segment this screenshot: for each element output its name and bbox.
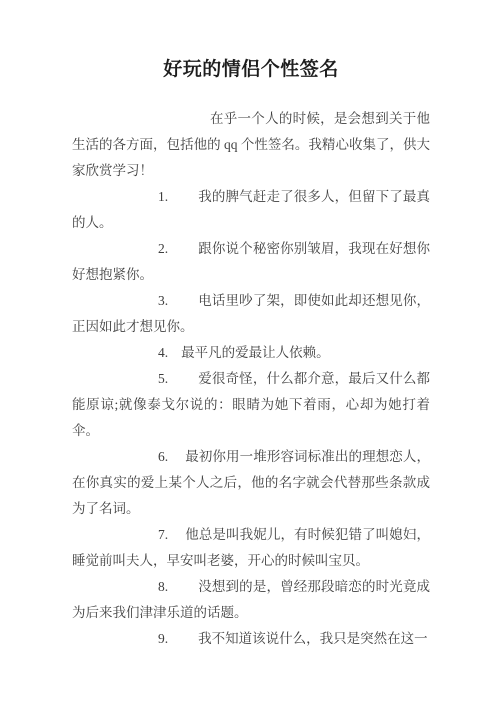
document-page: 好玩的情侣个性签名 在乎一个人的时候，是会想到关于他生活的各方面，包括他的 qq… [0, 0, 500, 708]
list-item-3: 3.电话里吵了架，即使如此却还想见你，正因如此才想见你。 [72, 288, 430, 340]
intro-paragraph: 在乎一个人的时候，是会想到关于他生活的各方面，包括他的 qq 个性签名。我精心收… [72, 106, 430, 184]
tab-space [168, 252, 198, 253]
item-text: 我的脾气赶走了很多人，但留下了最真的人。 [72, 189, 430, 230]
item-text: 电话里吵了架，即使如此却还想见你，正因如此才想见你。 [72, 293, 430, 334]
tab-space [168, 460, 185, 461]
item-text: 跟你说个秘密你别皱眉，我现在好想你好想抱紧你。 [72, 241, 430, 282]
tab-space [168, 538, 185, 539]
document-content: 好玩的情侣个性签名 在乎一个人的时候，是会想到关于他生活的各方面，包括他的 qq… [72, 0, 430, 652]
list-item-9: 9.我不知道该说什么，我只是突然在这一 [72, 626, 430, 652]
item-number: 1. [158, 189, 168, 204]
list-item-1: 1.我的脾气赶走了很多人，但留下了最真的人。 [72, 184, 430, 236]
tab-space [168, 590, 198, 591]
item-number: 9. [158, 631, 168, 646]
item-number: 4. [158, 345, 168, 360]
list-item-6: 6.最初你用一堆形容词标准出的理想恋人，在你真实的爱上某个人之后，他的名字就会代… [72, 444, 430, 522]
list-item-8: 8.没想到的是，曾经那段暗恋的时光竟成为后来我们津津乐道的话题。 [72, 574, 430, 626]
item-text: 最初你用一堆形容词标准出的理想恋人，在你真实的爱上某个人之后，他的名字就会代替那… [72, 449, 430, 516]
item-text: 他总是叫我妮儿，有时候犯错了叫媳妇，睡觉前叫夫人，早安叫老婆，开心的时候叫宝贝。 [72, 527, 430, 568]
item-text: 爱很奇怪，什么都介意，最后又什么都能原谅;就像泰戈尔说的：眼睛为她下着雨，心却为… [72, 371, 430, 438]
item-text: 最平凡的爱最让人依赖。 [181, 345, 330, 360]
item-number: 7. [158, 527, 168, 542]
item-text: 没想到的是，曾经那段暗恋的时光竟成为后来我们津津乐道的话题。 [72, 579, 430, 620]
tab-space [168, 200, 198, 201]
list-item-4: 4.最平凡的爱最让人依赖。 [72, 340, 430, 366]
item-number: 8. [158, 579, 168, 594]
tab-space [168, 356, 181, 357]
item-number: 6. [158, 449, 168, 464]
page-title: 好玩的情侣个性签名 [72, 0, 430, 83]
list-item-7: 7.他总是叫我妮儿，有时候犯错了叫媳妇，睡觉前叫夫人，早安叫老婆，开心的时候叫宝… [72, 522, 430, 574]
item-number: 5. [158, 371, 168, 386]
tab-space [168, 304, 198, 305]
list-item-5: 5.爱很奇怪，什么都介意，最后又什么都能原谅;就像泰戈尔说的：眼睛为她下着雨，心… [72, 366, 430, 444]
item-number: 2. [158, 241, 168, 256]
tab-space [168, 642, 198, 643]
tab-space [168, 382, 198, 383]
item-text: 我不知道该说什么，我只是突然在这一 [198, 631, 428, 646]
item-number: 3. [158, 293, 168, 308]
list-item-2: 2.跟你说个秘密你别皱眉，我现在好想你好想抱紧你。 [72, 236, 430, 288]
